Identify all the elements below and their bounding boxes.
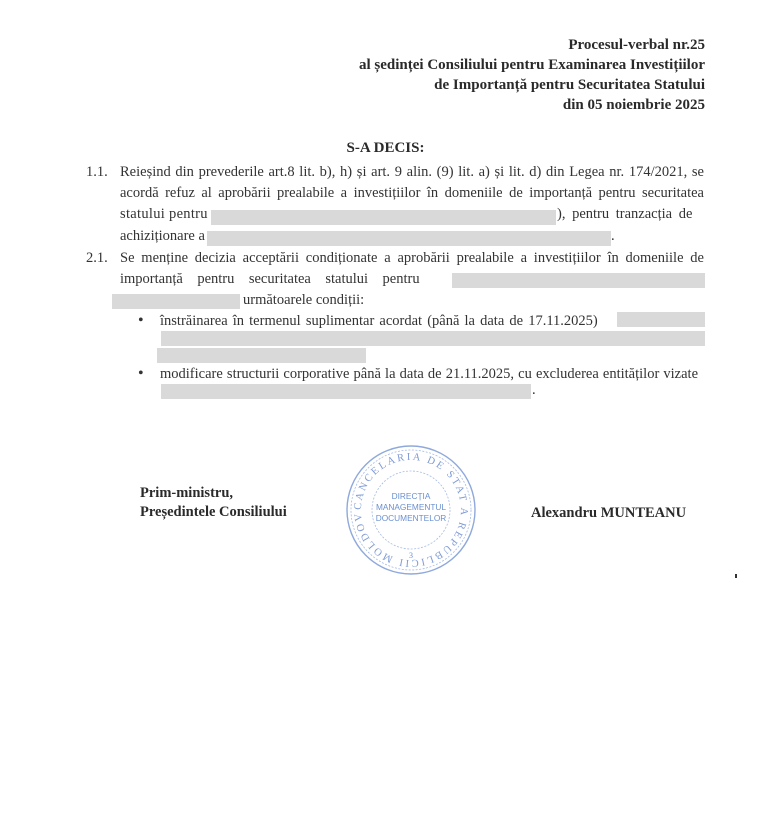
redacted-entity-4 <box>112 294 240 309</box>
item2-number: 2.1. <box>86 248 108 268</box>
document-header: Procesul-verbal nr.25 al ședinței Consil… <box>359 35 705 115</box>
decision-heading: S-A DECIS: <box>0 140 771 157</box>
stamp-number: 3 <box>409 551 413 560</box>
stamp-center-line3: DOCUMENTELOR <box>376 513 447 523</box>
stray-mark <box>735 574 737 578</box>
document-page: Procesul-verbal nr.25 al ședinței Consil… <box>0 0 771 840</box>
condition-1-text: înstrăinarea în termenul suplimentar aco… <box>160 311 598 331</box>
redacted-entity-2 <box>207 231 611 246</box>
stamp-center-line2: MANAGEMENTUL <box>376 502 446 512</box>
bullet-icon: • <box>138 364 144 384</box>
item1-line4-end: . <box>611 226 615 246</box>
item1-line3-start: statului pentru <box>120 204 208 224</box>
header-council-cont: de Importanță pentru Securitatea Statulu… <box>359 75 705 95</box>
header-council: al ședinței Consiliului pentru Examinare… <box>359 55 705 75</box>
item1-line1: Reieșind din prevederile art.8 lit. b), … <box>120 162 704 182</box>
item1-line4-start: achiziționare a <box>120 226 205 246</box>
header-date: din 05 noiembrie 2025 <box>359 95 705 115</box>
redacted-condition-1a <box>617 312 705 327</box>
item1-number: 1.1. <box>86 162 108 182</box>
bullet-icon: • <box>138 311 144 331</box>
signatory-title: Prim-ministru, Președintele Consiliului <box>140 484 287 522</box>
item2-line3-end: următoarele condiții: <box>243 290 364 310</box>
redacted-condition-1c <box>157 348 366 363</box>
item1-line2: acordă refuz al aprobării prealabile a i… <box>120 183 704 203</box>
official-stamp-icon: CANCELARIA DE STAT A REPUBLICII MOLDOVA … <box>344 443 478 577</box>
stamp-center-line1: DIRECȚIA <box>392 491 431 501</box>
item2-line2: importanță pentru securitatea statului p… <box>120 269 420 289</box>
signatory-name: Alexandru MUNTEANU <box>531 505 686 522</box>
header-title: Procesul-verbal nr.25 <box>359 35 705 55</box>
signatory-title-line1: Prim-ministru, <box>140 484 287 503</box>
condition-2-tail: . <box>532 380 536 400</box>
condition-2-text: modificare structurii corporative până l… <box>160 364 698 384</box>
redacted-entity-3 <box>452 273 705 288</box>
item1-line3-end: ), pentru tranzacția de <box>557 204 692 224</box>
redacted-condition-2 <box>161 384 531 399</box>
signatory-title-line2: Președintele Consiliului <box>140 503 287 522</box>
redacted-condition-1b <box>161 331 705 346</box>
item2-line1: Se menține decizia acceptării condiționa… <box>120 248 704 268</box>
redacted-entity-1 <box>211 210 556 225</box>
